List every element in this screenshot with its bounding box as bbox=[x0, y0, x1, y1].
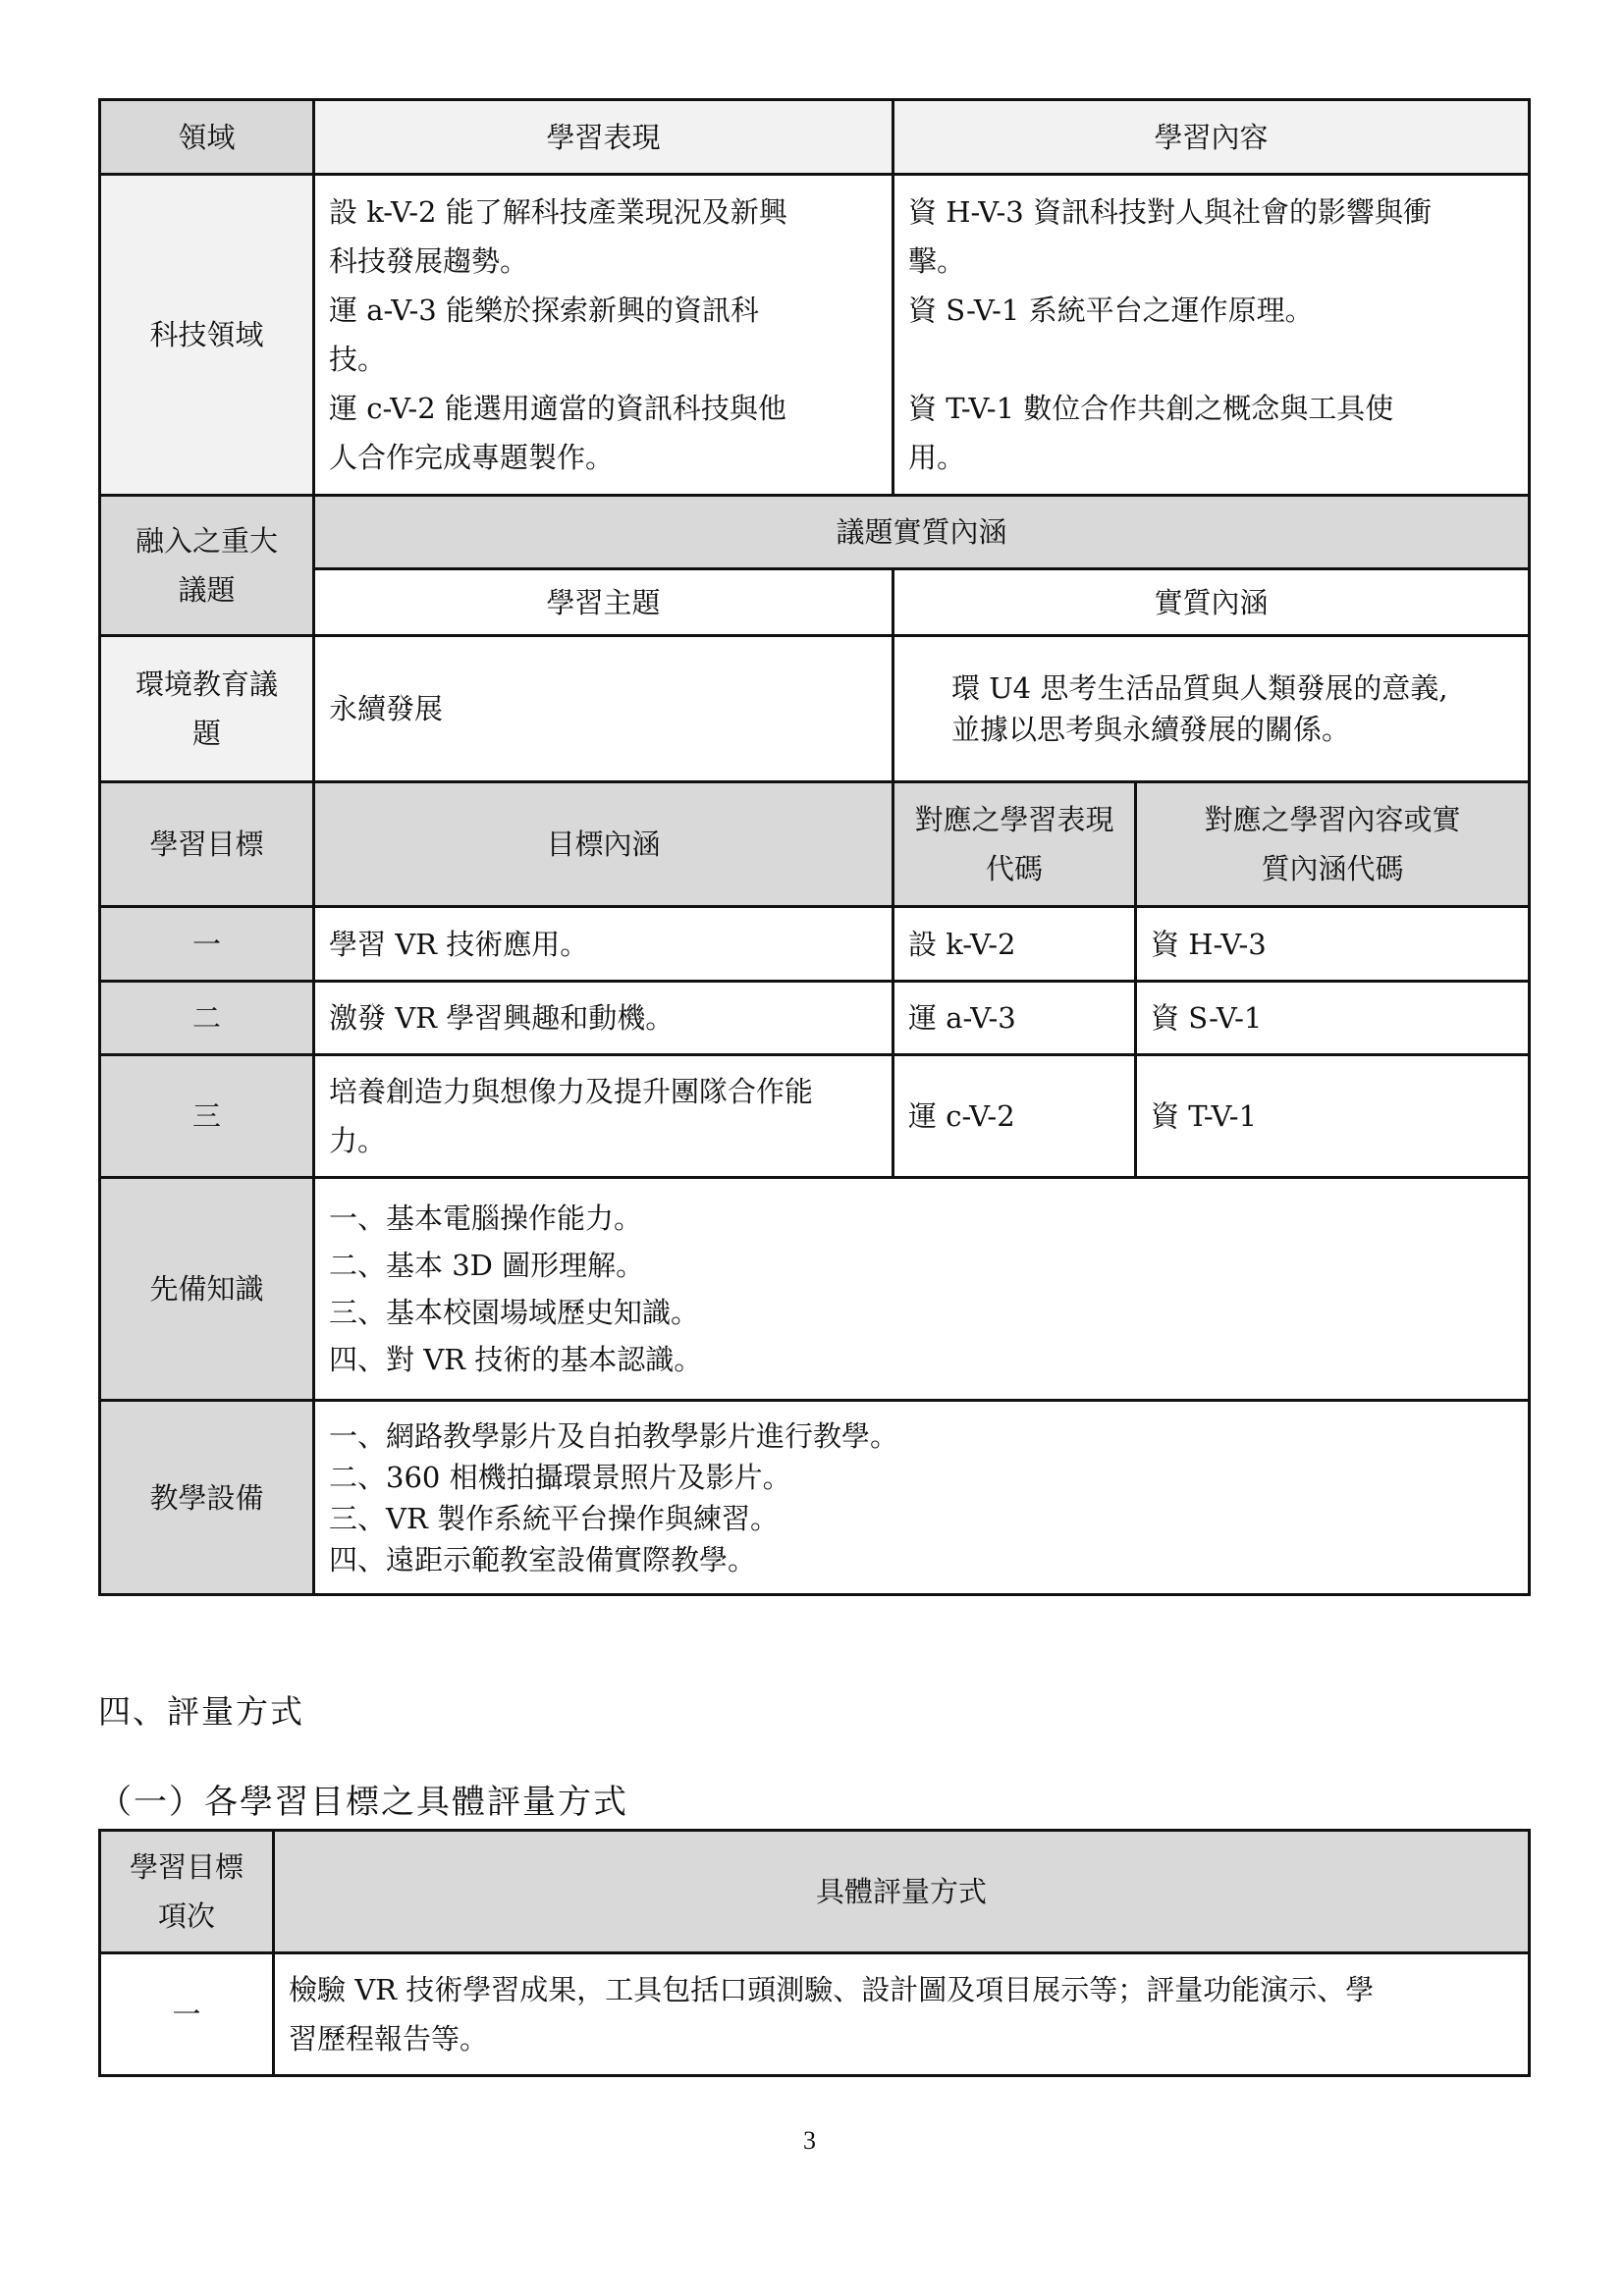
label-line: 題 bbox=[115, 709, 298, 758]
content-line: 用。 bbox=[908, 433, 1514, 482]
header-line: 代碼 bbox=[908, 844, 1120, 893]
header-line: 質內涵代碼 bbox=[1151, 844, 1514, 893]
header-content: 學習內容 bbox=[893, 100, 1530, 175]
goal-number: 三 bbox=[100, 1055, 314, 1178]
list-item: 四、遠距示範教室設備實際教學。 bbox=[329, 1539, 1514, 1580]
env-education-label: 環境教育議 題 bbox=[100, 636, 314, 782]
goal-number: 二 bbox=[100, 982, 314, 1055]
assessment-header-row: 學習目標 項次 具體評量方式 bbox=[100, 1831, 1530, 1953]
equipment-label: 教學設備 bbox=[100, 1401, 314, 1595]
env-topic: 永續發展 bbox=[314, 636, 893, 782]
meaning-line: 力。 bbox=[329, 1116, 878, 1165]
performance-line: 技。 bbox=[329, 335, 878, 384]
header-performance: 學習表現 bbox=[314, 100, 893, 175]
prior-knowledge-list: 一、基本電腦操作能力。 二、基本 3D 圖形理解。 三、基本校園場域歷史知識。 … bbox=[314, 1178, 1530, 1401]
header-line: 對應之學習內容或實 bbox=[1151, 795, 1514, 844]
curriculum-table: 領域 學習表現 學習內容 科技領域 設 k-V-2 能了解科技產業現況及新興 科… bbox=[98, 98, 1531, 1596]
header-goal-meaning: 目標內涵 bbox=[314, 782, 893, 907]
list-item: 二、360 相機拍攝環景照片及影片。 bbox=[329, 1457, 1514, 1498]
goal-number: 一 bbox=[100, 907, 314, 982]
equipment-list: 一、網路教學影片及自拍教學影片進行教學。 二、360 相機拍攝環景照片及影片。 … bbox=[314, 1401, 1530, 1595]
performance-line: 運 c-V-2 能選用適當的資訊科技與他 bbox=[329, 384, 878, 433]
label-line: 議題 bbox=[115, 565, 298, 614]
list-item: 一、網路教學影片及自拍教學影片進行教學。 bbox=[329, 1415, 1514, 1457]
issue-substance-title: 議題實質內涵 bbox=[314, 496, 1530, 569]
method-line: 習歷程報告等。 bbox=[289, 2014, 1514, 2063]
goals-header-row: 學習目標 目標內涵 對應之學習表現 代碼 對應之學習內容或實 質內涵代碼 bbox=[100, 782, 1530, 907]
goal-meaning: 學習 VR 技術應用。 bbox=[314, 907, 893, 982]
performance-line: 科技發展趨勢。 bbox=[329, 237, 878, 286]
header-assessment-method: 具體評量方式 bbox=[274, 1831, 1530, 1953]
goal-perf-code: 運 c-V-2 bbox=[893, 1055, 1136, 1178]
content-line: 資 H-V-3 資訊科技對人與社會的影響與衝 bbox=[908, 187, 1514, 237]
performance-line: 人合作完成專題製作。 bbox=[329, 433, 878, 482]
header-content-code: 對應之學習內容或實 質內涵代碼 bbox=[1136, 782, 1530, 907]
label-line: 環境教育議 bbox=[115, 660, 298, 709]
substance-line: 並據以思考與永續發展的關係。 bbox=[951, 709, 1514, 750]
goal-content-code: 資 T-V-1 bbox=[1136, 1055, 1530, 1178]
header-domain: 領域 bbox=[100, 100, 314, 175]
issue-header-row-1: 融入之重大 議題 議題實質內涵 bbox=[100, 496, 1530, 569]
tech-performance-cell: 設 k-V-2 能了解科技產業現況及新興 科技發展趨勢。 運 a-V-3 能樂於… bbox=[314, 175, 893, 496]
substance-line: 環 U4 思考生活品質與人類發展的意義, bbox=[951, 667, 1514, 709]
list-item: 一、基本電腦操作能力。 bbox=[329, 1195, 1514, 1242]
tech-content-cell: 資 H-V-3 資訊科技對人與社會的影響與衝 擊。 資 S-V-1 系統平台之運… bbox=[893, 175, 1530, 496]
header-line: 對應之學習表現 bbox=[908, 795, 1120, 844]
major-issue-label: 融入之重大 議題 bbox=[100, 496, 314, 636]
header-learning-topic: 學習主題 bbox=[314, 569, 893, 636]
content-line: 擊。 bbox=[908, 237, 1514, 286]
header-perf-code: 對應之學習表現 代碼 bbox=[893, 782, 1136, 907]
assessment-table: 學習目標 項次 具體評量方式 一 檢驗 VR 技術學習成果，工具包括口頭測驗、設… bbox=[98, 1829, 1531, 2077]
method-line: 檢驗 VR 技術學習成果，工具包括口頭測驗、設計圖及項目展示等；評量功能演示、學 bbox=[289, 1965, 1514, 2014]
list-item: 二、基本 3D 圖形理解。 bbox=[329, 1242, 1514, 1289]
goal-perf-code: 設 k-V-2 bbox=[893, 907, 1136, 982]
prior-knowledge-label: 先備知識 bbox=[100, 1178, 314, 1401]
goal-content-code: 資 S-V-1 bbox=[1136, 982, 1530, 1055]
goal-meaning: 激發 VR 學習興趣和動機。 bbox=[314, 982, 893, 1055]
header-line: 學習目標 bbox=[115, 1842, 258, 1892]
table-header-row: 領域 學習表現 學習內容 bbox=[100, 100, 1530, 175]
goal-content-code: 資 H-V-3 bbox=[1136, 907, 1530, 982]
assessment-row: 一 檢驗 VR 技術學習成果，工具包括口頭測驗、設計圖及項目展示等；評量功能演示… bbox=[100, 1953, 1530, 2076]
page-number: 3 bbox=[803, 2126, 816, 2156]
goal-row: 三 培養創造力與想像力及提升團隊合作能 力。 運 c-V-2 資 T-V-1 bbox=[100, 1055, 1530, 1178]
header-line: 項次 bbox=[115, 1892, 258, 1941]
env-education-row: 環境教育議 題 永續發展 環 U4 思考生活品質與人類發展的意義, 並據以思考與… bbox=[100, 636, 1530, 782]
header-substance: 實質內涵 bbox=[893, 569, 1530, 636]
performance-line: 運 a-V-3 能樂於探索新興的資訊科 bbox=[329, 286, 878, 335]
list-item: 三、VR 製作系統平台操作與練習。 bbox=[329, 1498, 1514, 1539]
section-subtitle: （一）各學習目標之具體評量方式 bbox=[98, 1775, 628, 1823]
list-item: 三、基本校園場域歷史知識。 bbox=[329, 1289, 1514, 1336]
header-goal: 學習目標 bbox=[100, 782, 314, 907]
performance-line: 設 k-V-2 能了解科技產業現況及新興 bbox=[329, 187, 878, 237]
equipment-row: 教學設備 一、網路教學影片及自拍教學影片進行教學。 二、360 相機拍攝環景照片… bbox=[100, 1401, 1530, 1595]
label-line: 融入之重大 bbox=[115, 516, 298, 565]
content-line: 資 S-V-1 系統平台之運作原理。 bbox=[908, 286, 1514, 335]
issue-header-row-2: 學習主題 實質內涵 bbox=[100, 569, 1530, 636]
goal-row: 二 激發 VR 學習興趣和動機。 運 a-V-3 資 S-V-1 bbox=[100, 982, 1530, 1055]
assessment-item-number: 一 bbox=[100, 1953, 274, 2076]
content-line: 資 T-V-1 數位合作共創之概念與工具使 bbox=[908, 384, 1514, 433]
tech-domain-label: 科技領域 bbox=[100, 175, 314, 496]
assessment-method: 檢驗 VR 技術學習成果，工具包括口頭測驗、設計圖及項目展示等；評量功能演示、學… bbox=[274, 1953, 1530, 2076]
header-goal-item: 學習目標 項次 bbox=[100, 1831, 274, 1953]
content-line bbox=[908, 335, 1514, 384]
section-title: 四、評量方式 bbox=[98, 1686, 304, 1733]
goal-perf-code: 運 a-V-3 bbox=[893, 982, 1136, 1055]
goal-meaning: 培養創造力與想像力及提升團隊合作能 力。 bbox=[314, 1055, 893, 1178]
goal-row: 一 學習 VR 技術應用。 設 k-V-2 資 H-V-3 bbox=[100, 907, 1530, 982]
prior-knowledge-row: 先備知識 一、基本電腦操作能力。 二、基本 3D 圖形理解。 三、基本校園場域歷… bbox=[100, 1178, 1530, 1401]
list-item: 四、對 VR 技術的基本認識。 bbox=[329, 1336, 1514, 1383]
tech-domain-row: 科技領域 設 k-V-2 能了解科技產業現況及新興 科技發展趨勢。 運 a-V-… bbox=[100, 175, 1530, 496]
env-substance: 環 U4 思考生活品質與人類發展的意義, 並據以思考與永續發展的關係。 bbox=[893, 636, 1530, 782]
meaning-line: 培養創造力與想像力及提升團隊合作能 bbox=[329, 1067, 878, 1116]
